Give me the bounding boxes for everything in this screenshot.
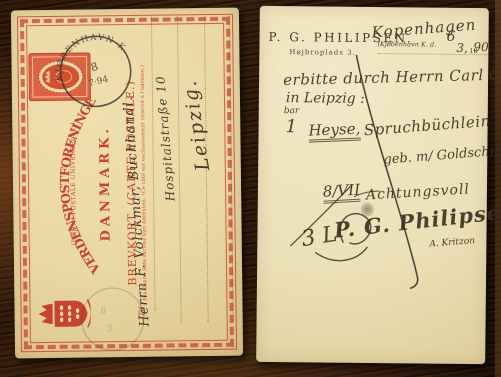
address-rule-4 (229, 16, 234, 322)
pen-strokes (256, 6, 489, 364)
postmark-faint-mark1: 8 (101, 306, 107, 316)
postcard-front-danish: VERDENSPOSTFORENINGEN (UNION POSTALE UNI… (11, 8, 243, 359)
postmark-hour-text: 8 (89, 60, 99, 74)
postmark-faint-bottom: 8 3 (72, 279, 153, 360)
address-line-city: Leipzig. (178, 78, 214, 173)
postmark-faint-mark2: 3 (107, 324, 113, 334)
photo-edge-strip (495, 0, 501, 377)
svg-text:KJØBENHAVN K.: KJØBENHAVN K. (45, 24, 134, 84)
address-rule-1 (151, 17, 156, 311)
address-line-street: Hospitalstraße 10 (153, 75, 177, 202)
postmark-town-text: KJØBENHAVN K. (45, 24, 134, 84)
address-rule-2 (177, 16, 182, 322)
postcard-message-side: P. G. PHILIPSEN. Højbroplads 3. Kopenhag… (256, 6, 489, 364)
postmark-date-text: 7·94 (88, 74, 110, 89)
photo-of-two-postcards: VERDENSPOSTFORENINGEN (UNION POSTALE UNI… (0, 0, 501, 377)
